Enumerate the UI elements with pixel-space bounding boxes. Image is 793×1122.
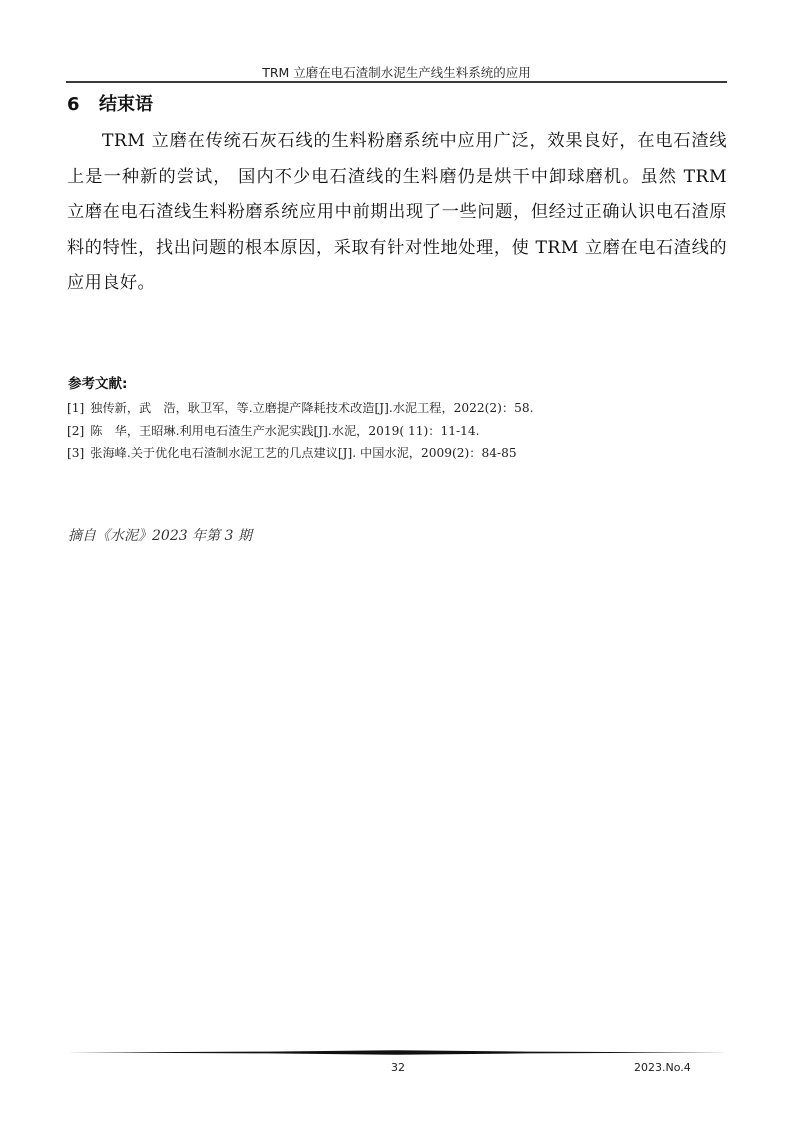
tapered-rule-icon <box>67 1050 728 1055</box>
reference-number: [2] <box>67 424 84 438</box>
page-number: 32 <box>386 1061 410 1074</box>
issue-label: 2023.No.4 <box>634 1061 691 1074</box>
header-divider <box>66 81 727 83</box>
reference-text: 陈 华，王昭琳.利用电石渣生产水泥实践[J].水泥，2019( 11)：11-1… <box>90 424 479 438</box>
footer-divider <box>67 1050 728 1055</box>
reference-number: [3] <box>67 446 84 460</box>
reference-item: [1]独传新，武 浩，耿卫军，等.立磨提产降耗技术改造[J].水泥工程，2022… <box>67 397 534 420</box>
reference-item: [2]陈 华，王昭琳.利用电石渣生产水泥实践[J].水泥，2019( 11)：1… <box>67 420 534 443</box>
section-heading: 6结束语 <box>67 90 153 116</box>
running-header: TRM 立磨在电石渣制水泥生产线生料系统的应用 <box>0 63 793 81</box>
reference-number: [1] <box>67 401 84 415</box>
reference-text: 张海峰.关于优化电石渣制水泥工艺的几点建议[J]. 中国水泥，2009(2)：8… <box>90 446 516 460</box>
section-title-text: 结束语 <box>99 94 153 115</box>
reference-list: [1]独传新，武 浩，耿卫军，等.立磨提产降耗技术改造[J].水泥工程，2022… <box>67 397 534 465</box>
references-heading: 参考文献: <box>68 372 127 392</box>
reference-item: [3]张海峰.关于优化电石渣制水泥工艺的几点建议[J]. 中国水泥，2009(2… <box>67 442 534 465</box>
source-note: 摘自《水泥》2023 年第 3 期 <box>68 525 252 545</box>
reference-text: 独传新，武 浩，耿卫军，等.立磨提产降耗技术改造[J].水泥工程，2022(2)… <box>90 401 533 415</box>
section-number: 6 <box>67 94 99 115</box>
conclusion-paragraph: TRM 立磨在传统石灰石线的生料粉磨系统中应用广泛，效果良好，在电石渣线上是一种… <box>67 124 727 302</box>
